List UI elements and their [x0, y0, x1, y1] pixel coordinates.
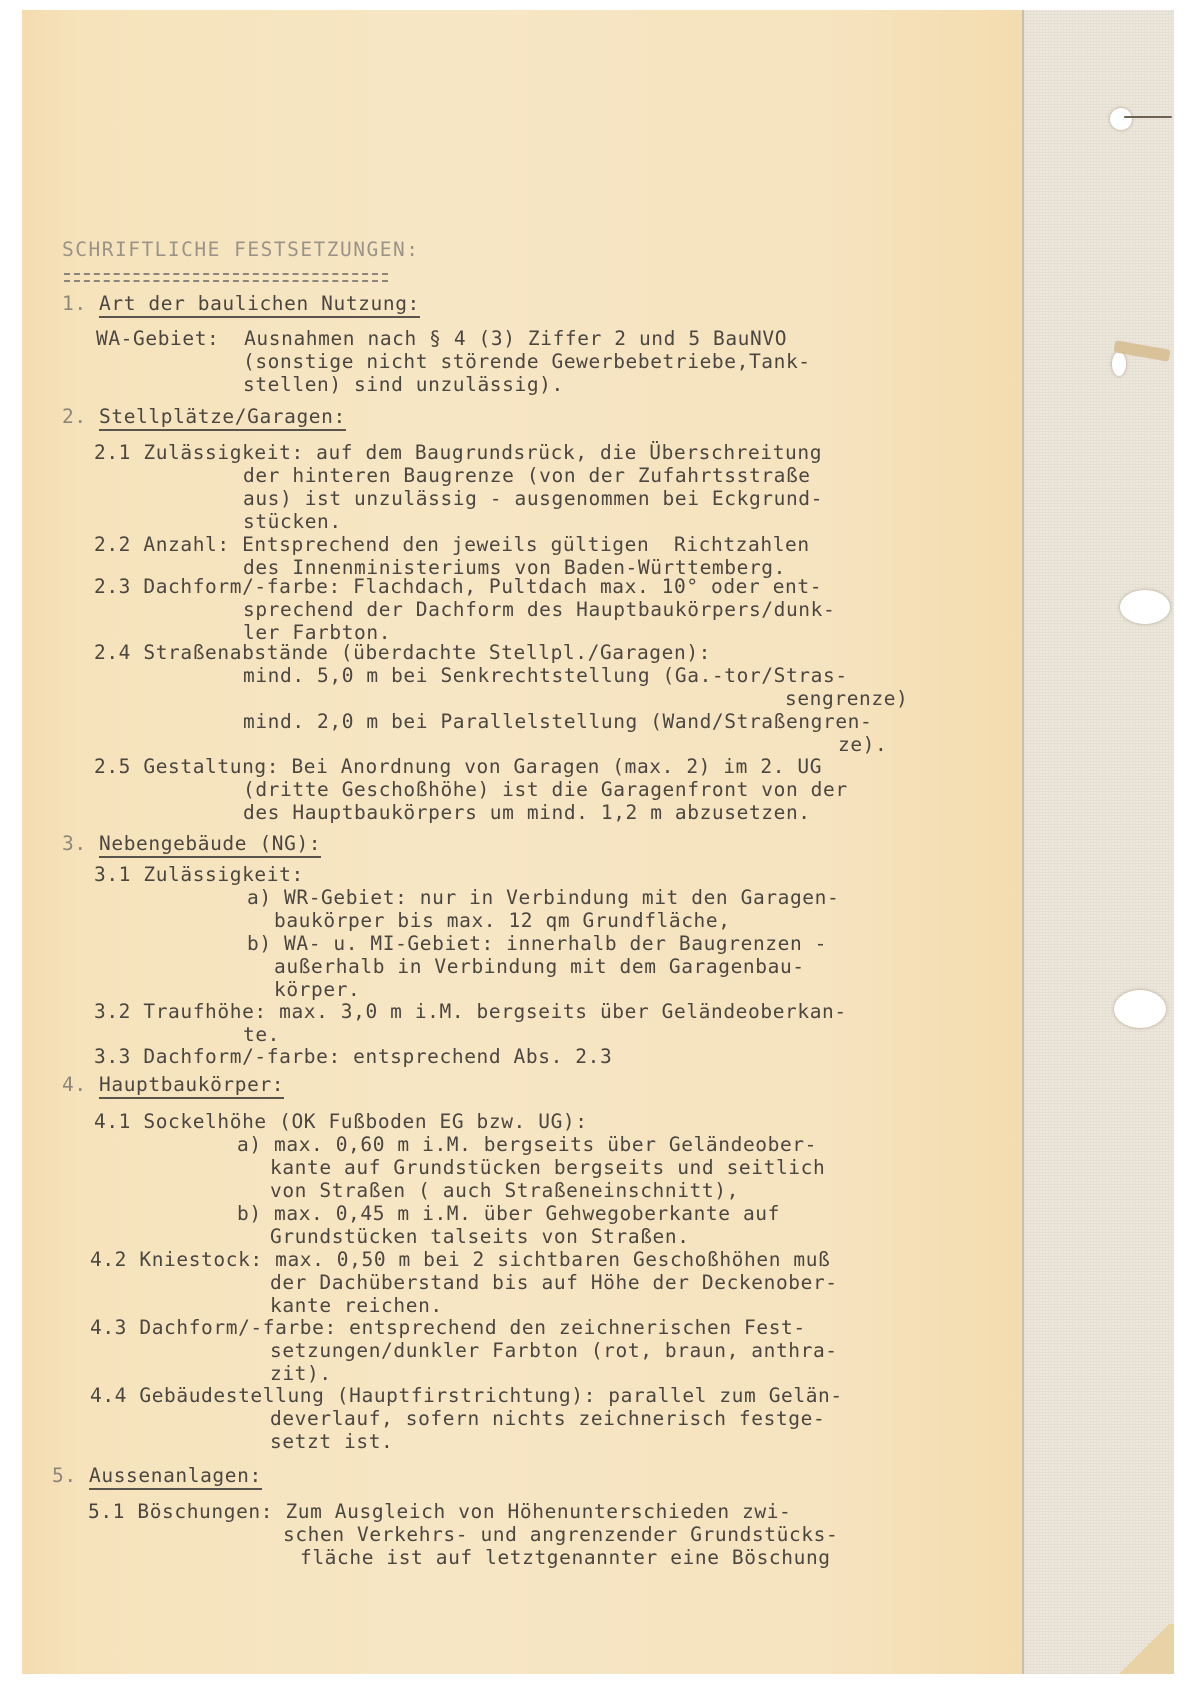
- text-line: 4.2 Kniestock: max. 0,50 m bei 2 sichtba…: [90, 1248, 830, 1271]
- text-line: 2.3 Dachform/-farbe: Flachdach, Pultdach…: [94, 575, 822, 598]
- punch-hole: [1112, 352, 1126, 376]
- section-number: 2.: [62, 405, 99, 428]
- text-line: te.: [243, 1023, 280, 1046]
- text-line: deverlauf, sofern nichts zeichnerisch fe…: [270, 1407, 825, 1430]
- section-title: Aussenanlagen:: [89, 1464, 262, 1490]
- text-line: fläche ist auf letztgenannter eine Bösch…: [300, 1546, 831, 1569]
- section-3-heading: 3. Nebengebäude (NG):: [62, 832, 321, 855]
- text-line: 5.1 Böschungen: Zum Ausgleich von Höhenu…: [88, 1500, 791, 1523]
- text-line: sprechend der Dachform des Hauptbaukörpe…: [243, 598, 835, 621]
- text-line: stücken.: [243, 510, 342, 533]
- section-4-heading: 4. Hauptbaukörper:: [62, 1073, 284, 1096]
- section-1-heading: 1. Art der baulichen Nutzung:: [62, 292, 420, 315]
- section-number: 5.: [52, 1464, 89, 1487]
- section-number: 1.: [62, 292, 99, 315]
- text-line: 4.4 Gebäudestellung (Hauptfirstrichtung)…: [90, 1384, 843, 1407]
- text-line: außerhalb in Verbindung mit dem Garagenb…: [274, 955, 805, 978]
- text-line: baukörper bis max. 12 qm Grundfläche,: [274, 909, 731, 932]
- text-line: WA-Gebiet: Ausnahmen nach § 4 (3) Ziffer…: [96, 327, 787, 350]
- text-line: schen Verkehrs- und angrenzender Grundst…: [283, 1523, 838, 1546]
- text-line: zit).: [270, 1362, 332, 1385]
- text-line: von Straßen ( auch Straßeneinschnitt),: [270, 1179, 739, 1202]
- text-line: mind. 5,0 m bei Senkrechtstellung (Ga.-t…: [243, 664, 848, 687]
- text-line: körper.: [274, 978, 360, 1001]
- title-double-underline: [64, 273, 388, 282]
- text-line: 2.2 Anzahl: Entsprechend den jeweils gül…: [94, 533, 810, 556]
- text-line: sengrenze): [785, 687, 908, 710]
- text-line: b) max. 0,45 m i.M. über Gehwegoberkante…: [237, 1202, 780, 1225]
- section-5-heading: 5. Aussenanlagen:: [52, 1464, 262, 1487]
- section-title: Art der baulichen Nutzung:: [99, 292, 420, 318]
- text-line: stellen) sind unzulässig).: [243, 373, 564, 396]
- text-line: Grundstücken talseits von Straßen.: [270, 1225, 690, 1248]
- text-line: setzt ist.: [270, 1430, 393, 1453]
- text-line: b) WA- u. MI-Gebiet: innerhalb der Baugr…: [247, 932, 827, 955]
- text-line: 2.4 Straßenabstände (überdachte Stellpl.…: [94, 641, 711, 664]
- section-title: Hauptbaukörper:: [99, 1073, 284, 1099]
- text-line: 3.2 Traufhöhe: max. 3,0 m i.M. bergseits…: [94, 1000, 847, 1023]
- punch-hole: [1120, 590, 1170, 624]
- text-line: kante auf Grundstücken bergseits und sei…: [270, 1156, 825, 1179]
- punch-hole: [1110, 108, 1132, 130]
- text-line: kante reichen.: [270, 1294, 443, 1317]
- text-line: 4.3 Dachform/-farbe: entsprechend den ze…: [90, 1316, 806, 1339]
- section-2-heading: 2. Stellplätze/Garagen:: [62, 405, 346, 428]
- text-line: a) max. 0,60 m i.M. bergseits über Gelän…: [237, 1133, 817, 1156]
- binding-tab: [1124, 116, 1172, 118]
- text-line: ze).: [838, 733, 887, 756]
- text-line: 2.1 Zulässigkeit: auf dem Baugrundsrück,…: [94, 441, 822, 464]
- text-line: (dritte Geschoßhöhe) ist die Garagenfron…: [243, 778, 848, 801]
- section-title: Stellplätze/Garagen:: [99, 405, 346, 431]
- text-line: aus) ist unzulässig - ausgenommen bei Ec…: [243, 487, 823, 510]
- text-line: (sonstige nicht störende Gewerbebetriebe…: [243, 350, 811, 373]
- text-line: 2.5 Gestaltung: Bei Anordnung von Garage…: [94, 755, 822, 778]
- text-line: a) WR-Gebiet: nur in Verbindung mit den …: [247, 886, 839, 909]
- text-line: des Hauptbaukörpers um mind. 1,2 m abzus…: [243, 801, 811, 824]
- corner-fold: [1114, 1624, 1174, 1674]
- punch-hole: [1114, 990, 1166, 1028]
- text-line: mind. 2,0 m bei Parallelstellung (Wand/S…: [243, 710, 872, 733]
- section-title: Nebengebäude (NG):: [99, 832, 321, 858]
- text-line: 3.1 Zulässigkeit:: [94, 863, 304, 886]
- text-line: der hinteren Baugrenze (von der Zufahrts…: [243, 464, 811, 487]
- section-number: 3.: [62, 832, 99, 855]
- text-line: setzungen/dunkler Farbton (rot, braun, a…: [270, 1339, 838, 1362]
- binding-strip: [1022, 10, 1174, 1674]
- document-title: SCHRIFTLICHE FESTSETZUNGEN:: [62, 238, 419, 261]
- text-line: 3.3 Dachform/-farbe: entsprechend Abs. 2…: [94, 1045, 612, 1068]
- text-line: 4.1 Sockelhöhe (OK Fußboden EG bzw. UG):: [94, 1110, 588, 1133]
- section-number: 4.: [62, 1073, 99, 1096]
- text-line: der Dachüberstand bis auf Höhe der Decke…: [270, 1271, 838, 1294]
